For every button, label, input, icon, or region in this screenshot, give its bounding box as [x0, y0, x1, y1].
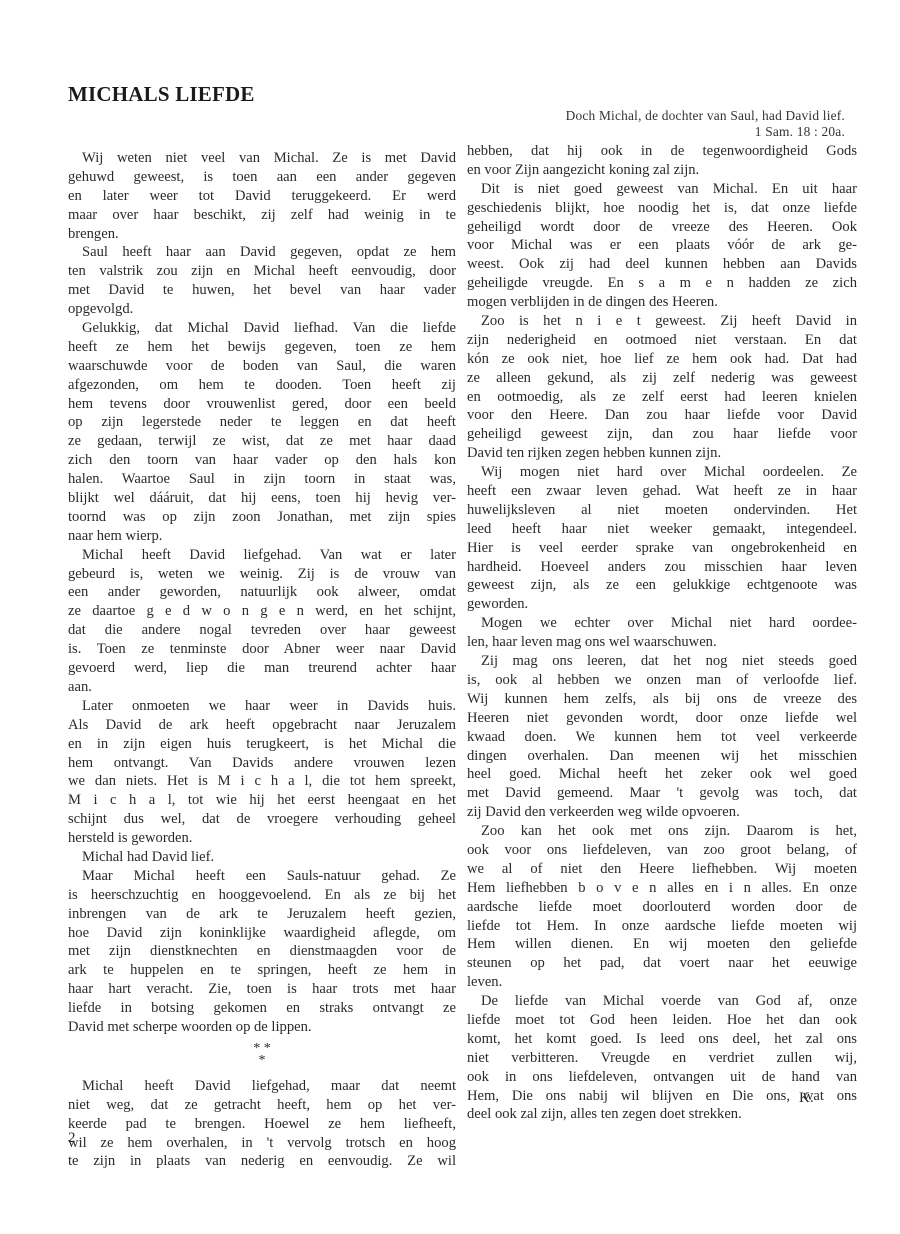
- author-signature: K.: [799, 1090, 814, 1107]
- epigraph-quote: Doch Michal, de dochter van Saul, had Da…: [566, 108, 845, 124]
- text-line: Hem liefhebben b o v e n alles en i n al…: [467, 879, 857, 898]
- text-line: weest. Ook zij had deel kunnen hebben aa…: [467, 255, 857, 274]
- text-line: Heeren niet gevonden wordt, door onze li…: [467, 709, 857, 728]
- text-line: geworden.: [467, 595, 857, 614]
- right-column: hebben, dat hij ook in de tegenwoordighe…: [467, 142, 857, 1124]
- text-line: aan.: [68, 678, 456, 697]
- text-line: maar over haar beschikt, zij zelf had we…: [68, 206, 456, 225]
- text-line: Hier is veel eerder sprake van ongebroke…: [467, 539, 857, 558]
- text-line: is. Toen ze tenminste door Abner weer na…: [68, 640, 456, 659]
- text-line: waarschuwde voor de boden van Saul, die …: [68, 357, 456, 376]
- text-line: Zoo kan het ook met ons zijn. Daarom is …: [467, 822, 857, 841]
- text-line: halen. Waartoe Saul in zijn toorn in sta…: [68, 470, 456, 489]
- text-line: met David te huwen, het bevel van haar v…: [68, 281, 456, 300]
- text-line: kón ze ook niet, hoe lief ze hem ook had…: [467, 350, 857, 369]
- text-line: opgevolgd.: [68, 300, 456, 319]
- text-line: brengen.: [68, 225, 456, 244]
- text-line: hem ontvangt. Van Davids andere vrouwen …: [68, 754, 456, 773]
- text-line: Mogen we echter over Michal niet hard oo…: [467, 614, 857, 633]
- text-line: haar hart veracht. Zie, toen is haar tro…: [68, 980, 456, 999]
- text-line: en voor Zijn aangezicht koning zal zijn.: [467, 161, 857, 180]
- text-line: heeft een zwaar leven gehad. Wat heeft z…: [467, 482, 857, 501]
- text-line: De liefde van Michal voerde van God af, …: [467, 992, 857, 1011]
- text-line: Michal heeft David liefgehad. Van wat er…: [68, 546, 456, 565]
- text-line: zich den toorn van haar vader op den hal…: [68, 451, 456, 470]
- text-line: ook in ons liefdeleven, ontvangen uit de…: [467, 1068, 857, 1087]
- text-line: geheiligde vreugde. En s a m e n hadden …: [467, 274, 857, 293]
- text-line: liefde tot Hem. In onze aardsche liefde …: [467, 917, 857, 936]
- page-number: 2: [68, 1130, 76, 1147]
- text-line: ze daartoe g e d w o n g e n werd, en he…: [68, 602, 456, 621]
- text-line: deel ook zal zijn, alles ten zegen doet …: [467, 1105, 857, 1124]
- text-line: voor den Heere. Dan zou haar liefde voor…: [467, 406, 857, 425]
- text-line: ze gedaan, terwijl ze wist, dat ze met h…: [68, 432, 456, 451]
- text-line: leed heeft haar niet weeker gemaakt, int…: [467, 520, 857, 539]
- text-line: geheiligd wordt door de vreeze des Heere…: [467, 218, 857, 237]
- text-line: heel goed. Michal heeft het zeker ook we…: [467, 765, 857, 784]
- text-line: voor Michal was er een plaats vóór de ar…: [467, 236, 857, 255]
- text-line: gevoerd werd, liep die man treurend acht…: [68, 659, 456, 678]
- text-line: hersteld is geworden.: [68, 829, 456, 848]
- text-line: Zij mag ons leeren, dat het nog niet ste…: [467, 652, 857, 671]
- text-line: en later weer tot David teruggekeerd. Er…: [68, 187, 456, 206]
- text-line: met zijn dienstknechten en dienstmaagden…: [68, 942, 456, 961]
- left-column: Wij weten niet veel van Michal. Ze is me…: [68, 149, 456, 1171]
- section-break-asterisks: * **: [68, 1037, 456, 1077]
- text-line: met David gemeend. Maar 't gevolg was to…: [467, 784, 857, 803]
- text-line: Wij mogen niet hard over Michal oordeele…: [467, 463, 857, 482]
- text-line: niet verbitteren. Vreugde en verdriet zu…: [467, 1049, 857, 1068]
- text-line: Als David de ark heeft opgebracht naar J…: [68, 716, 456, 735]
- text-line: len, haar leven mag ons wel waarschuwen.: [467, 633, 857, 652]
- text-line: David ten rijken zegen hebben kunnen zij…: [467, 444, 857, 463]
- text-line: is, ook al hebben we onzen man of verloo…: [467, 671, 857, 690]
- text-line: niet weg, dat ze getracht heeft, hem op …: [68, 1096, 456, 1115]
- text-line: is heerschzuchtig en hooggevoelend. En a…: [68, 886, 456, 905]
- text-line: we al of niet den Heere liefhebben. Wij …: [467, 860, 857, 879]
- text-line: en ootmoedig, als ze zelf eerst had leer…: [467, 388, 857, 407]
- text-line: toornd was op zijn zoon Jonathan, met zi…: [68, 508, 456, 527]
- text-line: Gelukkig, dat Michal David liefhad. Van …: [68, 319, 456, 338]
- text-line: geschiedenis blijkt, hoe noodig het is, …: [467, 199, 857, 218]
- text-line: Maar Michal heeft een Sauls-natuur gehad…: [68, 867, 456, 886]
- text-line: gehuwd geweest, is toen aan een ander ge…: [68, 168, 456, 187]
- text-line: Michal heeft David liefgehad, maar dat n…: [68, 1077, 456, 1096]
- text-line: Saul heeft haar aan David gegeven, opdat…: [68, 243, 456, 262]
- text-line: een ander geworden, natuurlijk ook alwee…: [68, 583, 456, 602]
- text-line: mogen verblijden in de dingen des Heeren…: [467, 293, 857, 312]
- text-line: we dan niets. Het is M i c h a l, die to…: [68, 772, 456, 791]
- text-line: steunen op het pad, dat voert naar het e…: [467, 954, 857, 973]
- text-line: Dit is niet goed geweest van Michal. En …: [467, 180, 857, 199]
- text-line: komt, het komt goed. Is leed ons deel, h…: [467, 1030, 857, 1049]
- text-line: ark te huppelen en te springen, heeft ze…: [68, 961, 456, 980]
- text-line: leven.: [467, 973, 857, 992]
- text-line: hoe David zijn koninklijke waardigheid a…: [68, 924, 456, 943]
- text-line: Wij kunnen hem zelfs, als bij ons de vre…: [467, 690, 857, 709]
- text-line: zij David den verkeerden weg wilde opvoe…: [467, 803, 857, 822]
- text-line: blijkt wel dááruit, dat hij eens, toen h…: [68, 489, 456, 508]
- text-line: liefde moet tot God heen leiden. Hoe het…: [467, 1011, 857, 1030]
- text-line: dingen overhalen. Dan meenen wij het mis…: [467, 747, 857, 766]
- text-line: schijnt dus wel, dat de vroegere verhoud…: [68, 810, 456, 829]
- text-line: zijn nederigheid en ootmoed niet verstaa…: [467, 331, 857, 350]
- text-line: Later onmoeten we haar weer in Davids hu…: [68, 697, 456, 716]
- text-line: op zijn legerstede neder te leggen en da…: [68, 413, 456, 432]
- text-line: Hem willen dienen. En wij moeten den gel…: [467, 935, 857, 954]
- text-line: wil ze hem overhalen, in 't vervolg trot…: [68, 1134, 456, 1153]
- text-line: geweest zijn, als ze een gelukkige echtg…: [467, 576, 857, 595]
- epigraph: Doch Michal, de dochter van Saul, had Da…: [566, 108, 845, 140]
- text-line: gebeurd is, weten we weinig. Zij is de v…: [68, 565, 456, 584]
- text-line: Wij weten niet veel van Michal. Ze is me…: [68, 149, 456, 168]
- text-line: M i c h a l, tot wie hij het eerst heeng…: [68, 791, 456, 810]
- text-line: te zijn in plaats van nederig en eenvoud…: [68, 1152, 456, 1171]
- text-line: David met scherpe woorden op de lippen.: [68, 1018, 456, 1037]
- text-line: heeft ze hem het bewijs gegeven, toen ze…: [68, 338, 456, 357]
- text-line: geheiligd geweest zijn, dan zou haar lie…: [467, 425, 857, 444]
- text-line: Michal had David lief.: [68, 848, 456, 867]
- text-line: hardheid. Hoeveel anders zou misschien h…: [467, 558, 857, 577]
- text-line: liefde in botsing gekomen en straks ontv…: [68, 999, 456, 1018]
- text-line: ze alleen gekund, als zij zelf nederig w…: [467, 369, 857, 388]
- article-title: MICHALS LIEFDE: [68, 82, 255, 107]
- text-line: keerde pad te brengen. Hoewel ze hem lie…: [68, 1115, 456, 1134]
- text-line: en in zijn eigen huis terugkeert, is het…: [68, 735, 456, 754]
- text-line: naar hem wierp.: [68, 527, 456, 546]
- text-line: kwaad doen. We kunnen hem tot veel verke…: [467, 728, 857, 747]
- epigraph-reference: 1 Sam. 18 : 20a.: [566, 124, 845, 140]
- text-line: aardsche liefde moet doorlouterd worden …: [467, 898, 857, 917]
- text-line: dat die andere nogal tevreden over haar …: [68, 621, 456, 640]
- text-line: Zoo is het n i e t geweest. Zij heeft Da…: [467, 312, 857, 331]
- text-line: ook voor ons liefdeleven, van zoo groot …: [467, 841, 857, 860]
- text-line: afgezonden, om hem te dooden. Toen heeft…: [68, 376, 456, 395]
- text-line: inbrengen van de ark te Jeruzalem heeft …: [68, 905, 456, 924]
- text-line: ten valstrik zou zijn en Michal heeft ee…: [68, 262, 456, 281]
- text-line: hem tevens door vrouwenlist gered, door …: [68, 395, 456, 414]
- text-line: hebben, dat hij ook in de tegenwoordighe…: [467, 142, 857, 161]
- text-line: huwelijksleven al niet moeten ondervinde…: [467, 501, 857, 520]
